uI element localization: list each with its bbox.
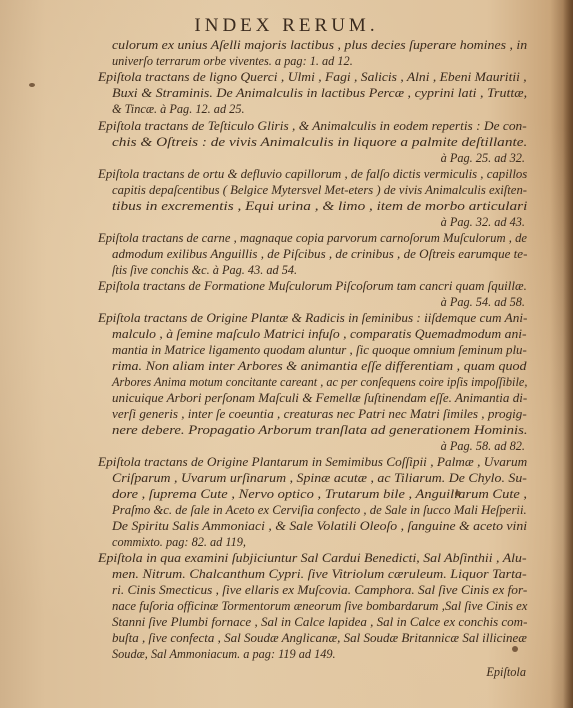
- entry-continuation-line: capitis depaſcentibus ( Belgice Mytersve…: [112, 182, 527, 198]
- entry-continuation-line: Arbores Anima motum concitante careant ,…: [112, 374, 527, 390]
- book-page: INDEX RERUM. culorum ex unius Aſelli maj…: [0, 0, 573, 708]
- entry-continuation-line: ſtis ſive conchis &c. à Pag. 43. ad 54.: [112, 262, 297, 278]
- page-range: à Pag. 54. ad 58.: [441, 294, 525, 310]
- ink-spot: [512, 646, 518, 652]
- entry-first-line: Epiſtola tractans de carne , magnaque co…: [98, 230, 527, 246]
- page-heading: INDEX RERUM.: [0, 15, 573, 37]
- entry-continuation-line: Soudæ, Sal Ammoniacum. a pag: 119 ad 149…: [112, 646, 336, 662]
- ink-spot: [455, 491, 461, 496]
- entry-continuation-line: ri. Cinis Smecticus , ſive ellaris ex Mu…: [112, 582, 527, 598]
- entry-continuation-line: Praſmo &c. de ſale in Aceto ex Cerviſia …: [112, 502, 527, 518]
- entry-continuation-line: De Spiritu Salis Ammoniaci , & Sale Vola…: [112, 518, 527, 534]
- entry-continuation-line: dore , ſuprema Cute , Nervo optico , Tru…: [112, 486, 527, 502]
- entry-continuation-line: rima. Non aliam inter Arbores & animanti…: [112, 358, 527, 374]
- entry-first-line: Epiſtola tractans de Origine Plantarum i…: [98, 454, 527, 470]
- entry-continuation-line: mantia in Matrice ligamento quodam alunt…: [112, 342, 527, 358]
- entry-continuation-line: unicuique Arbori perſonam Maſculi & Feme…: [112, 390, 527, 406]
- entry-continuation-line: nace fuſoria officinæ Tormentorum æneoru…: [112, 598, 527, 614]
- catchword: Epiſtola: [486, 664, 526, 680]
- entry-continuation-line: & Tincæ. à Pag. 12. ad 25.: [112, 101, 245, 117]
- entry-first-line: Epiſtola tractans de Origine Plantæ & Ra…: [98, 310, 527, 326]
- ink-spot: [29, 83, 35, 87]
- entry-continuation-line: tibus in excrementis , Equi urina , & li…: [112, 198, 527, 214]
- entry-continuation-line: Stanni ſive Plumbi fornace , Sal in Calc…: [112, 614, 527, 630]
- entry-continuation-line: Buxi & Straminis. De Animalculis in lact…: [112, 85, 527, 101]
- entry-continuation-line: culorum ex unius Aſelli majoris lactibus…: [112, 37, 527, 53]
- entry-first-line: Epiſtola tractans de ortu & defluvio cap…: [98, 166, 527, 182]
- entry-continuation-line: Criſparum , Uvarum urſinarum , Spinæ acu…: [112, 470, 527, 486]
- entry-continuation-line: admodum exilibus Anguillis , de Piſcibus…: [112, 246, 527, 262]
- entry-first-line: Epiſtola in qua examini ſubjiciuntur Sal…: [98, 550, 527, 566]
- entry-continuation-line: nere debere. Propagatio Arborum tranſlat…: [112, 422, 528, 438]
- entry-continuation-line: univerſo terrarum orbe viventes. a pag: …: [112, 53, 353, 69]
- entry-first-line: Epiſtola tractans de ligno Querci , Ulmi…: [98, 69, 527, 85]
- entry-continuation-line: malculo , à ſemine maſculo Matrici infuſ…: [112, 326, 527, 342]
- entry-continuation-line: buſta , ſive confecta , Sal Soudæ Anglic…: [112, 630, 527, 646]
- page-range: à Pag. 25. ad 32.: [441, 150, 525, 166]
- entry-continuation-line: commixto. pag: 82. ad 119,: [112, 534, 246, 550]
- page-range: à Pag. 58. ad 82.: [441, 438, 525, 454]
- entry-continuation-line: men. Nitrum. Chalcanthum Cypri. ſive Vit…: [112, 566, 527, 582]
- entry-first-line: Epiſtola tractans de Formatione Muſculor…: [98, 278, 527, 294]
- page-range: à Pag. 32. ad 43.: [441, 214, 525, 230]
- entry-continuation-line: verſi generis , inter ſe coeuntia , crea…: [112, 406, 527, 422]
- entry-continuation-line: chis & Oſtreis : de vivis Animalculis in…: [112, 134, 527, 150]
- entry-first-line: Epiſtola tractans de Teſticulo Gliris , …: [98, 118, 527, 134]
